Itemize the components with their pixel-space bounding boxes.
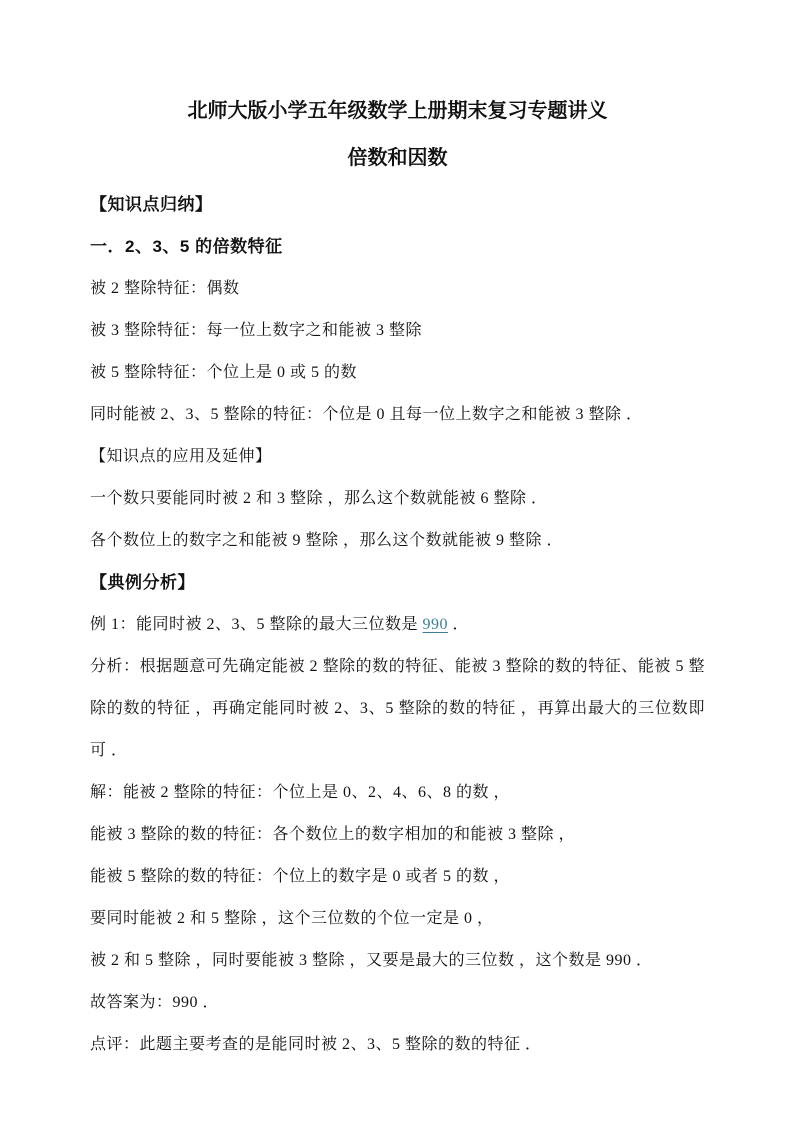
knowledge-line: 被 2 整除特征：偶数: [90, 268, 705, 310]
doc-title: 北师大版小学五年级数学上册期末复习专题讲义: [90, 99, 705, 124]
example-question-prefix: 例 1：能同时被 2、3、5 整除的最大三位数是: [90, 616, 423, 633]
example-question-line: 例 1：能同时被 2、3、5 整除的最大三位数是 990 ．: [90, 604, 705, 646]
example-section-heading: 【典例分析】: [90, 562, 705, 604]
knowledge-section-heading: 【知识点归纳】: [90, 184, 705, 226]
example-answer-link[interactable]: 990: [423, 616, 449, 633]
knowledge-line: 被 5 整除特征：个位上是 0 或 5 的数: [90, 352, 705, 394]
application-line: 一个数只要能同时被 2 和 3 整除 ，那么这个数就能被 6 整除 ．: [90, 478, 705, 520]
example-analysis: 分析：根据题意可先确定能被 2 整除的数的特征、能被 3 整除的数的特征、能被 …: [90, 646, 705, 772]
knowledge-line: 同时能被 2、3、5 整除的特征：个位是 0 且每一位上数字之和能被 3 整除 …: [90, 394, 705, 436]
application-line: 各个数位上的数字之和能被 9 整除 ，那么这个数就能被 9 整除 ．: [90, 520, 705, 562]
knowledge-section-subheading: 一．2、3、5 的倍数特征: [90, 226, 705, 268]
knowledge-line: 被 3 整除特征：每一位上数字之和能被 3 整除: [90, 310, 705, 352]
solution-line: 能被 5 整除的数的特征：个位上的数字是 0 或者 5 的数 ，: [90, 856, 705, 898]
document-page: 北师大版小学五年级数学上册期末复习专题讲义 倍数和因数 【知识点归纳】 一．2、…: [0, 0, 793, 1122]
solution-line: 要同时能被 2 和 5 整除 ，这个三位数的个位一定是 0 ，: [90, 898, 705, 940]
application-section-heading: 【知识点的应用及延伸】: [90, 436, 705, 478]
example-comment: 点评：此题主要考查的是能同时被 2、3、5 整除的数的特征 ．: [90, 1024, 705, 1066]
solution-line: 解：能被 2 整除的特征：个位上是 0、2、4、6、8 的数 ，: [90, 772, 705, 814]
solution-line: 能被 3 整除的数的特征：各个数位上的数字相加的和能被 3 整除 ，: [90, 814, 705, 856]
solution-line: 被 2 和 5 整除 ，同时要能被 3 整除 ，又要是最大的三位数 ，这个数是 …: [90, 940, 705, 982]
doc-subtitle: 倍数和因数: [90, 146, 705, 171]
example-question-suffix: ．: [448, 616, 469, 633]
solution-line: 故答案为：990 ．: [90, 982, 705, 1024]
